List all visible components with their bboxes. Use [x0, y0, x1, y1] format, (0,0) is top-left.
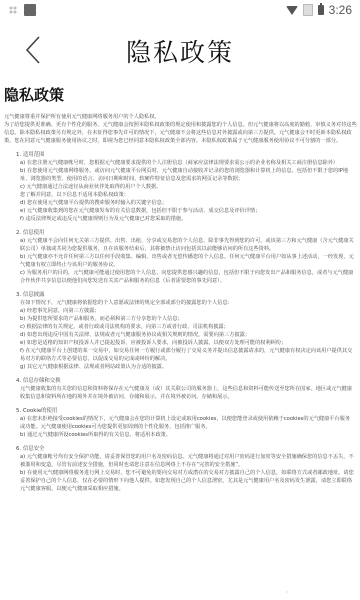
section-line: 在如下情况下，元气健康将依据您的个人意愿或法律的规定全部或部分的披露您的个人信息…: [20, 299, 354, 307]
page-title: 隐私政策: [126, 33, 234, 69]
section-line: b) 为提供您所要求的产品和服务，而必须和第三方分享您的个人信息；: [20, 315, 354, 323]
section-scope: 1. 适用范围 a) 在您注册元气健康帐号时，您根据元气健康要求提供的个人注册信…: [4, 151, 357, 223]
section-line: b) 在使用元气健康网络服务进行网上交易时，您不可避免的要向交易对方或潜在的交易…: [20, 469, 354, 493]
section-line: 元气健康收集的有关您的信息和资料将保存在元气健康及（或）其关联公司的服务器上，这…: [20, 385, 354, 401]
section-title: 5. Cookie的使用: [4, 407, 357, 415]
section-storage: 4. 信息存储和交换 元气健康收集的有关您的信息和资料将保存在元气健康及（或）其…: [4, 377, 357, 401]
section-security: 6. 信息安全 a) 元气健康帐号均有安全保护功能，请妥善保管您的用户名及密码信…: [4, 445, 357, 493]
section-line: c) 为服务用户的目的，元气健康可能通过使用您的个人信息，向您提供您感兴趣的信息…: [20, 269, 354, 285]
document-title: 隐私政策: [4, 84, 357, 105]
status-bar: 3:26: [0, 0, 360, 20]
section-title: 3. 信息披露: [4, 291, 357, 299]
section-line: a) 在您未拒绝接受cookies的情况下，元气健康会在您的计算机上设定或取用c…: [20, 415, 354, 431]
policy-content[interactable]: 隐私政策 元气健康尊重并保护所有使用元气健康网络服务用户的个人隐私权。 为了给您…: [0, 84, 360, 493]
no-sim-icon: [303, 4, 313, 16]
section-title: 6. 信息安全: [4, 445, 357, 453]
section-line: d) 如您出现违反中国有关法律、法规或者元气健康服务协议或相关规则的情况，需要向…: [20, 331, 354, 339]
back-button[interactable]: [18, 31, 48, 69]
section-line: g) 其它元气健康根据法律、法规或者网站政策认为合适的披露。: [20, 363, 354, 371]
end-mark: 。: [286, 587, 291, 594]
section-line: d) 您在使用元气健康平台提供的搜索服务时输入的关键字信息；: [20, 199, 354, 207]
section-line: c) 根据法律的有关规定，或者行政或司法机构的要求，向第三方或者行政、司法机构披…: [20, 323, 354, 331]
section-line: e) 如您是适格的知识产权投诉人并已提起投诉，应被投诉人要求，向被投诉人披露，以…: [20, 339, 354, 347]
app-grid-icon: [9, 6, 17, 14]
intro-paragraph: 元气健康尊重并保护所有使用元气健康网络服务用户的个人隐私权。: [4, 113, 357, 121]
section-line: b) 通过元气健康所设cookies所取得的有关信息，将适用本政策。: [20, 431, 354, 439]
section-line: b) 在您使用元气健康网络服务，或访问元气健康平台网页时，元气健康自动接收并记录…: [20, 167, 354, 183]
section-line: f) 在元气健康平台上创建的某一交易中，如交易任何一方履行或部分履行了交易义务并…: [20, 347, 354, 363]
section-info-use: 2. 信息使用 a) 元气健康不会向任何无关第三方提供、出售、出租、分享或交易您…: [4, 229, 357, 285]
section-line: a) 元气健康帐号均有安全保护功能，请妥善保管您的用户名及密码信息。元气健康将通…: [20, 453, 354, 469]
battery-icon: [318, 5, 324, 15]
section-disclosure: 3. 信息披露 在如下情况下，元气健康将依据您的个人意愿或法律的规定全部或部分的…: [4, 291, 357, 371]
section-cookie: 5. Cookie的使用 a) 在您未拒绝接受cookies的情况下，元气健康会…: [4, 407, 357, 439]
section-line: b) 元气健康亦不允许任何第三方以任何手段收集、编辑、出售或者无偿传播您的个人信…: [20, 253, 354, 269]
clipboard-icon: [24, 4, 36, 16]
section-line: a) 元气健康不会向任何无关第三方提供、出售、出租、分享或交易您的个人信息，除非…: [20, 237, 354, 253]
section-title: 4. 信息存储和交换: [4, 377, 357, 385]
wifi-icon: [286, 6, 298, 15]
section-line: a) 在您注册元气健康帐号时，您根据元气健康要求提供的个人注册信息（商家应法律法…: [20, 159, 354, 167]
section-line: f) 违反法律规定或违反元气健康规则行为及元气健康已对您采取的措施。: [20, 215, 354, 223]
section-line: e) 元气健康收集到的您在元气健康发布的有关信息数据，包括但不限于参与活动、成交…: [20, 207, 354, 215]
section-title: 2. 信息使用: [4, 229, 357, 237]
section-title: 1. 适用范围: [4, 151, 357, 159]
section-line: a) 经您事先同意，向第三方披露；: [20, 307, 354, 315]
chevron-left-icon: [24, 35, 42, 65]
section-line: c) 元气健康通过合法途径从商业伙伴处取得的用户个人数据。: [20, 183, 354, 191]
intro-paragraph: 为了给您提供更准确、更有个性化的服务，元气健康会按照本隐私权政策的规定使用和披露…: [4, 121, 357, 145]
status-time: 3:26: [329, 3, 352, 17]
section-line: 您了解并同意，以下信息不适用本隐私权政策：: [20, 191, 354, 199]
nav-header: 隐私政策: [0, 20, 360, 82]
